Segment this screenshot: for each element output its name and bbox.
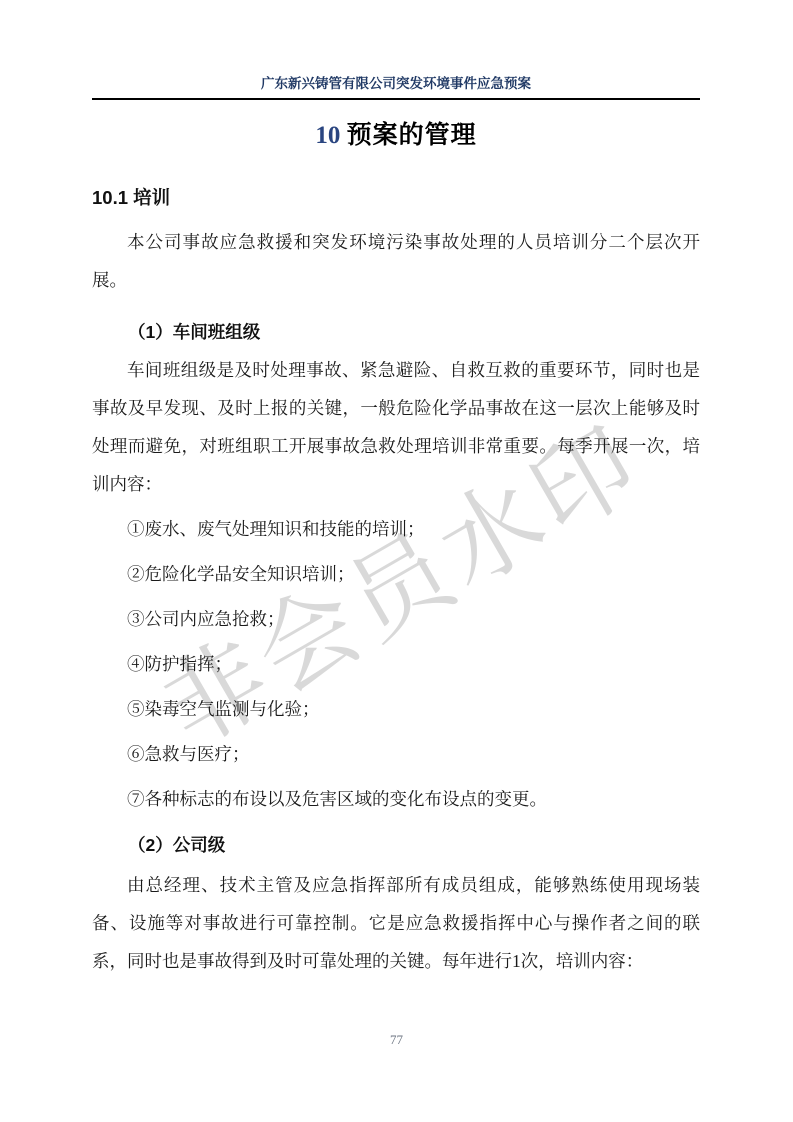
- paragraph-workshop-level: 车间班组级是及时处理事故、紧急避险、自救互救的重要环节，同时也是事故及早发现、及…: [92, 351, 700, 503]
- list-item-4: ④防护指挥；: [92, 645, 700, 683]
- section-heading-10-1: 10.1 培训: [92, 185, 700, 211]
- list-item-7: ⑦各种标志的布设以及危害区域的变化布设点的变更。: [92, 780, 700, 818]
- list-item-6: ⑥急救与医疗；: [92, 735, 700, 773]
- chapter-title: 10 预案的管理: [92, 120, 700, 151]
- paragraph-company-level: 由总经理、技术主管及应急指挥部所有成员组成，能够熟练使用现场装备、设施等对事故进…: [92, 866, 700, 980]
- document-page: 非会员水印 广东新兴铸管有限公司突发环境事件应急预案 10 预案的管理 10.1…: [0, 0, 793, 1122]
- page-content: 广东新兴铸管有限公司突发环境事件应急预案 10 预案的管理 10.1 培训 本公…: [0, 0, 793, 980]
- sub-heading-company-level: （2）公司级: [92, 832, 700, 858]
- page-number: 77: [0, 1032, 793, 1048]
- list-item-3: ③公司内应急抢救；: [92, 600, 700, 638]
- list-item-1: ①废水、废气处理知识和技能的培训；: [92, 510, 700, 548]
- chapter-number: 10: [315, 122, 340, 149]
- list-item-2: ②危险化学品安全知识培训；: [92, 555, 700, 593]
- paragraph-intro: 本公司事故应急救援和突发环境污染事故处理的人员培训分二个层次开展。: [92, 223, 700, 299]
- list-item-5: ⑤染毒空气监测与化验；: [92, 690, 700, 728]
- sub-heading-workshop-level: （1）车间班组级: [92, 319, 700, 345]
- page-header: 广东新兴铸管有限公司突发环境事件应急预案: [92, 0, 700, 100]
- chapter-title-text: 预案的管理: [347, 121, 477, 149]
